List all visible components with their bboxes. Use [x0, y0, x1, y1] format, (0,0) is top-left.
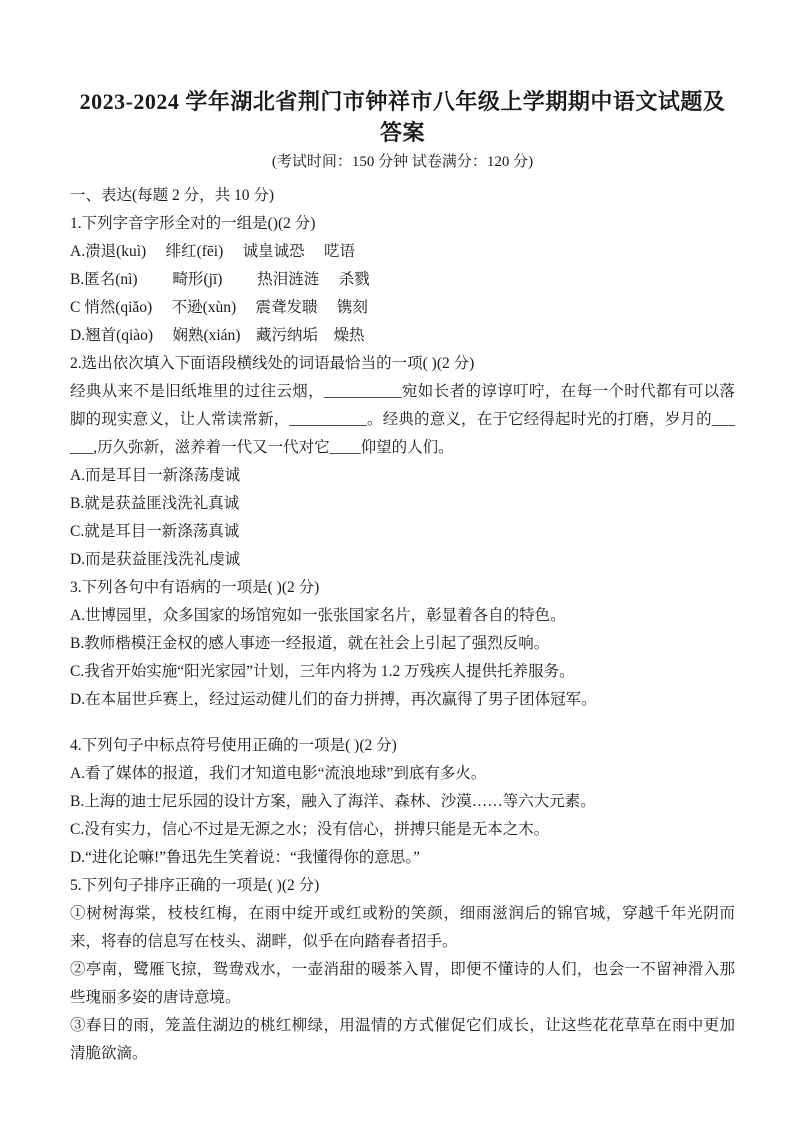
- question-4-stem: 4.下列句子中标点符号使用正确的一项是( )(2 分): [70, 732, 735, 760]
- question-4-option-b: B.上海的迪士尼乐园的设计方案，融入了海洋、森林、沙漠……等六大元素。: [70, 788, 735, 816]
- exam-info: (考试时间：150 分钟 试卷满分：120 分): [70, 150, 735, 174]
- question-1-option-a: A.溃退(kuì) 绯红(fēi) 诚皇诚恐 呓语: [70, 238, 735, 266]
- question-5-item-2: ②亭南，鹭雁飞掠，鸳鸯戏水，一壶消甜的暖茶入胃，即便不懂诗的人们，也会一不留神滑…: [70, 956, 735, 1012]
- question-1-option-b: B.匿名(nì) 畸形(jī) 热泪涟涟 杀戮: [70, 266, 735, 294]
- question-2-option-b: B.就是获益匪浅洗礼真诚: [70, 490, 735, 518]
- question-1-option-c: C 悄然(qiǎo) 不逊(xùn) 震聋发聩 镌刻: [70, 294, 735, 322]
- question-1-option-d: D.翘首(qiào) 娴熟(xián) 藏污纳垢 燥热: [70, 322, 735, 350]
- page-title: 2023-2024 学年湖北省荆门市钟祥市八年级上学期期中语文试题及答案: [76, 86, 729, 148]
- question-3-stem: 3.下列各句中有语病的一项是( )(2 分): [70, 574, 735, 602]
- document-page: 2023-2024 学年湖北省荆门市钟祥市八年级上学期期中语文试题及答案 (考试…: [0, 0, 793, 1122]
- question-2-option-c: C.就是耳目一新涤荡真诚: [70, 518, 735, 546]
- question-5-stem: 5.下列句子排序正确的一项是( )(2 分): [70, 872, 735, 900]
- question-2-option-d: D.而是获益匪浅洗礼虔诚: [70, 546, 735, 574]
- question-3-option-c: C.我省开始实施“阳光家园”计划，三年内将为 1.2 万残疾人提供托养服务。: [70, 658, 735, 686]
- question-5-item-1: ①树树海棠，枝枝红梅，在雨中绽开或红或粉的笑颜，细雨滋润后的锦官城，穿越千年光阴…: [70, 900, 735, 956]
- question-3-option-b: B.教师楷模汪金权的感人事迹一经报道，就在社会上引起了强烈反响。: [70, 630, 735, 658]
- section-heading: 一、表达(每题 2 分，共 10 分): [70, 182, 735, 210]
- question-2-option-a: A.而是耳目一新涤荡虔诚: [70, 462, 735, 490]
- question-4-option-c: C.没有实力，信心不过是无源之水；没有信心，拼搏只能是无本之木。: [70, 816, 735, 844]
- question-5-item-3: ③春日的雨，笼盖住湖边的桃红柳绿，用温情的方式催促它们成长，让这些花花草草在雨中…: [70, 1012, 735, 1068]
- question-2-passage: 经典从来不是旧纸堆里的过往云烟，__________宛如长者的谆谆叮咛，在每一个…: [70, 378, 735, 462]
- question-4-option-a: A.看了媒体的报道，我们才知道电影“流浪地球”到底有多火。: [70, 760, 735, 788]
- question-1-stem: 1.下列字音字形全对的一组是()(2 分): [70, 210, 735, 238]
- question-3-option-d: D.在本届世乒赛上，经过运动健儿们的奋力拼搏，再次赢得了男子团体冠军。: [70, 686, 735, 714]
- question-4-option-d: D.“进化论嘛!”鲁迅先生笑着说：“我懂得你的意思。”: [70, 844, 735, 872]
- question-2-stem: 2.选出依次填入下面语段横线处的词语最恰当的一项( )(2 分): [70, 350, 735, 378]
- question-3-option-a: A.世博园里，众多国家的场馆宛如一张张国家名片，彰显着各自的特色。: [70, 602, 735, 630]
